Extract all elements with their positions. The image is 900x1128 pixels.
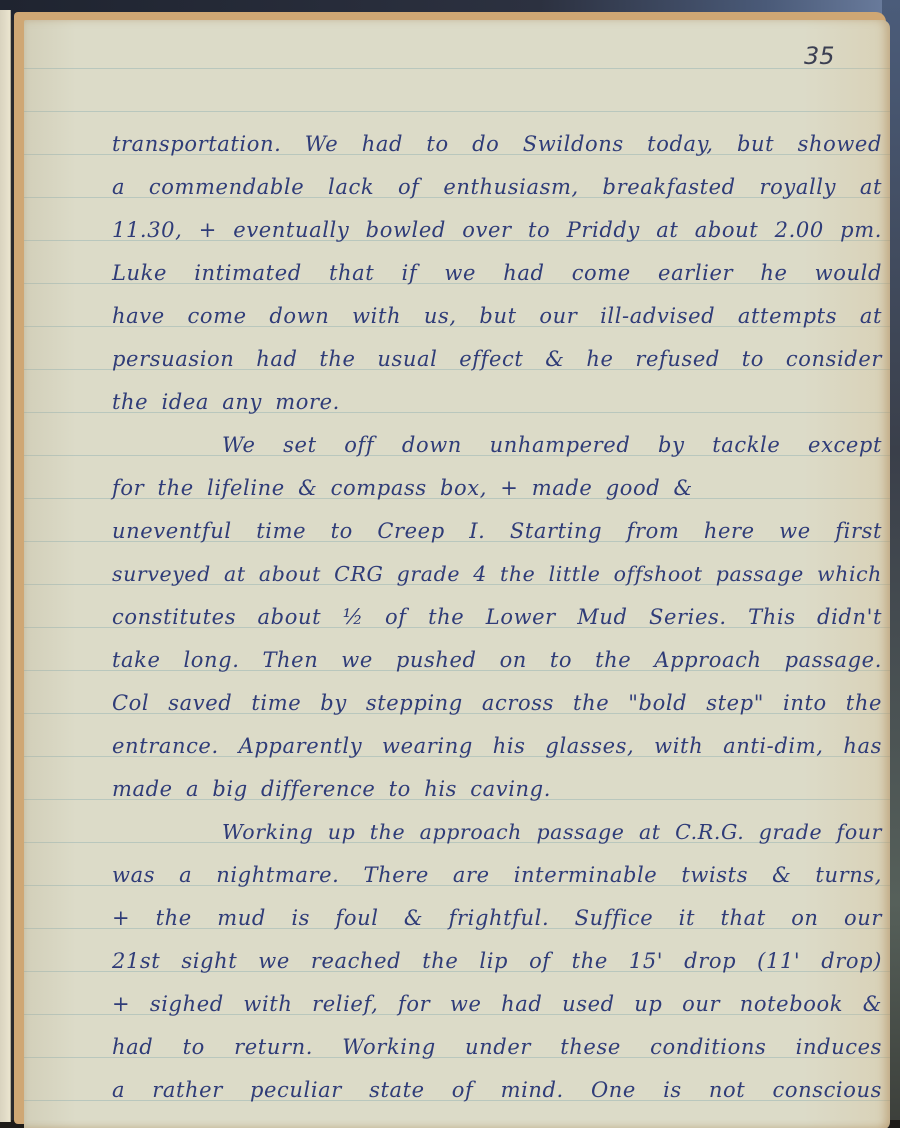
text-line: + the mud is foul & frightful. Suffice i… (112, 897, 882, 940)
notebook: 35 transportation. We had to do Swildons… (14, 12, 886, 1124)
text-line: 11.30, + eventually bowled over to Pridd… (112, 209, 882, 252)
text-line: a commendable lack of enthusiasm, breakf… (112, 166, 882, 209)
text-line: was a nightmare. There are interminable … (112, 854, 882, 897)
text-line: 21st sight we reached the lip of the 15'… (112, 940, 882, 983)
text-line: uneventful time to Creep I. Starting fro… (112, 510, 882, 553)
notebook-page: 35 transportation. We had to do Swildons… (24, 20, 890, 1128)
text-line: had to return. Working under these condi… (112, 1026, 882, 1069)
text-line: Col saved time by stepping across the "b… (112, 682, 882, 725)
text-line: entrance. Apparently wearing his glasses… (112, 725, 882, 768)
text-line: the idea any more. (112, 381, 882, 424)
text-line: constitutes about ½ of the Lower Mud Ser… (112, 596, 882, 639)
text-line: made a big difference to his caving. (112, 768, 882, 811)
text-line: transportation. We had to do Swildons to… (112, 123, 882, 166)
handwritten-text: transportation. We had to do Swildons to… (112, 123, 882, 1112)
text-line: Luke intimated that if we had come earli… (112, 252, 882, 295)
left-page-edge (0, 10, 11, 1122)
text-line: for the lifeline & compass box, + made g… (112, 467, 882, 510)
text-line: surveyed at about CRG grade 4 the little… (112, 553, 882, 596)
text-line: + sighed with relief, for we had used up… (112, 983, 882, 1026)
text-line: Working up the approach passage at C.R.G… (112, 811, 882, 854)
text-line: a rather peculiar state of mind. One is … (112, 1069, 882, 1112)
text-line: We set off down unhampered by tackle exc… (112, 424, 882, 467)
text-line: have come down with us, but our ill-advi… (112, 295, 882, 338)
text-line: persuasion had the usual effect & he ref… (112, 338, 882, 381)
page-number: 35 (804, 42, 835, 70)
text-line: take long. Then we pushed on to the Appr… (112, 639, 882, 682)
